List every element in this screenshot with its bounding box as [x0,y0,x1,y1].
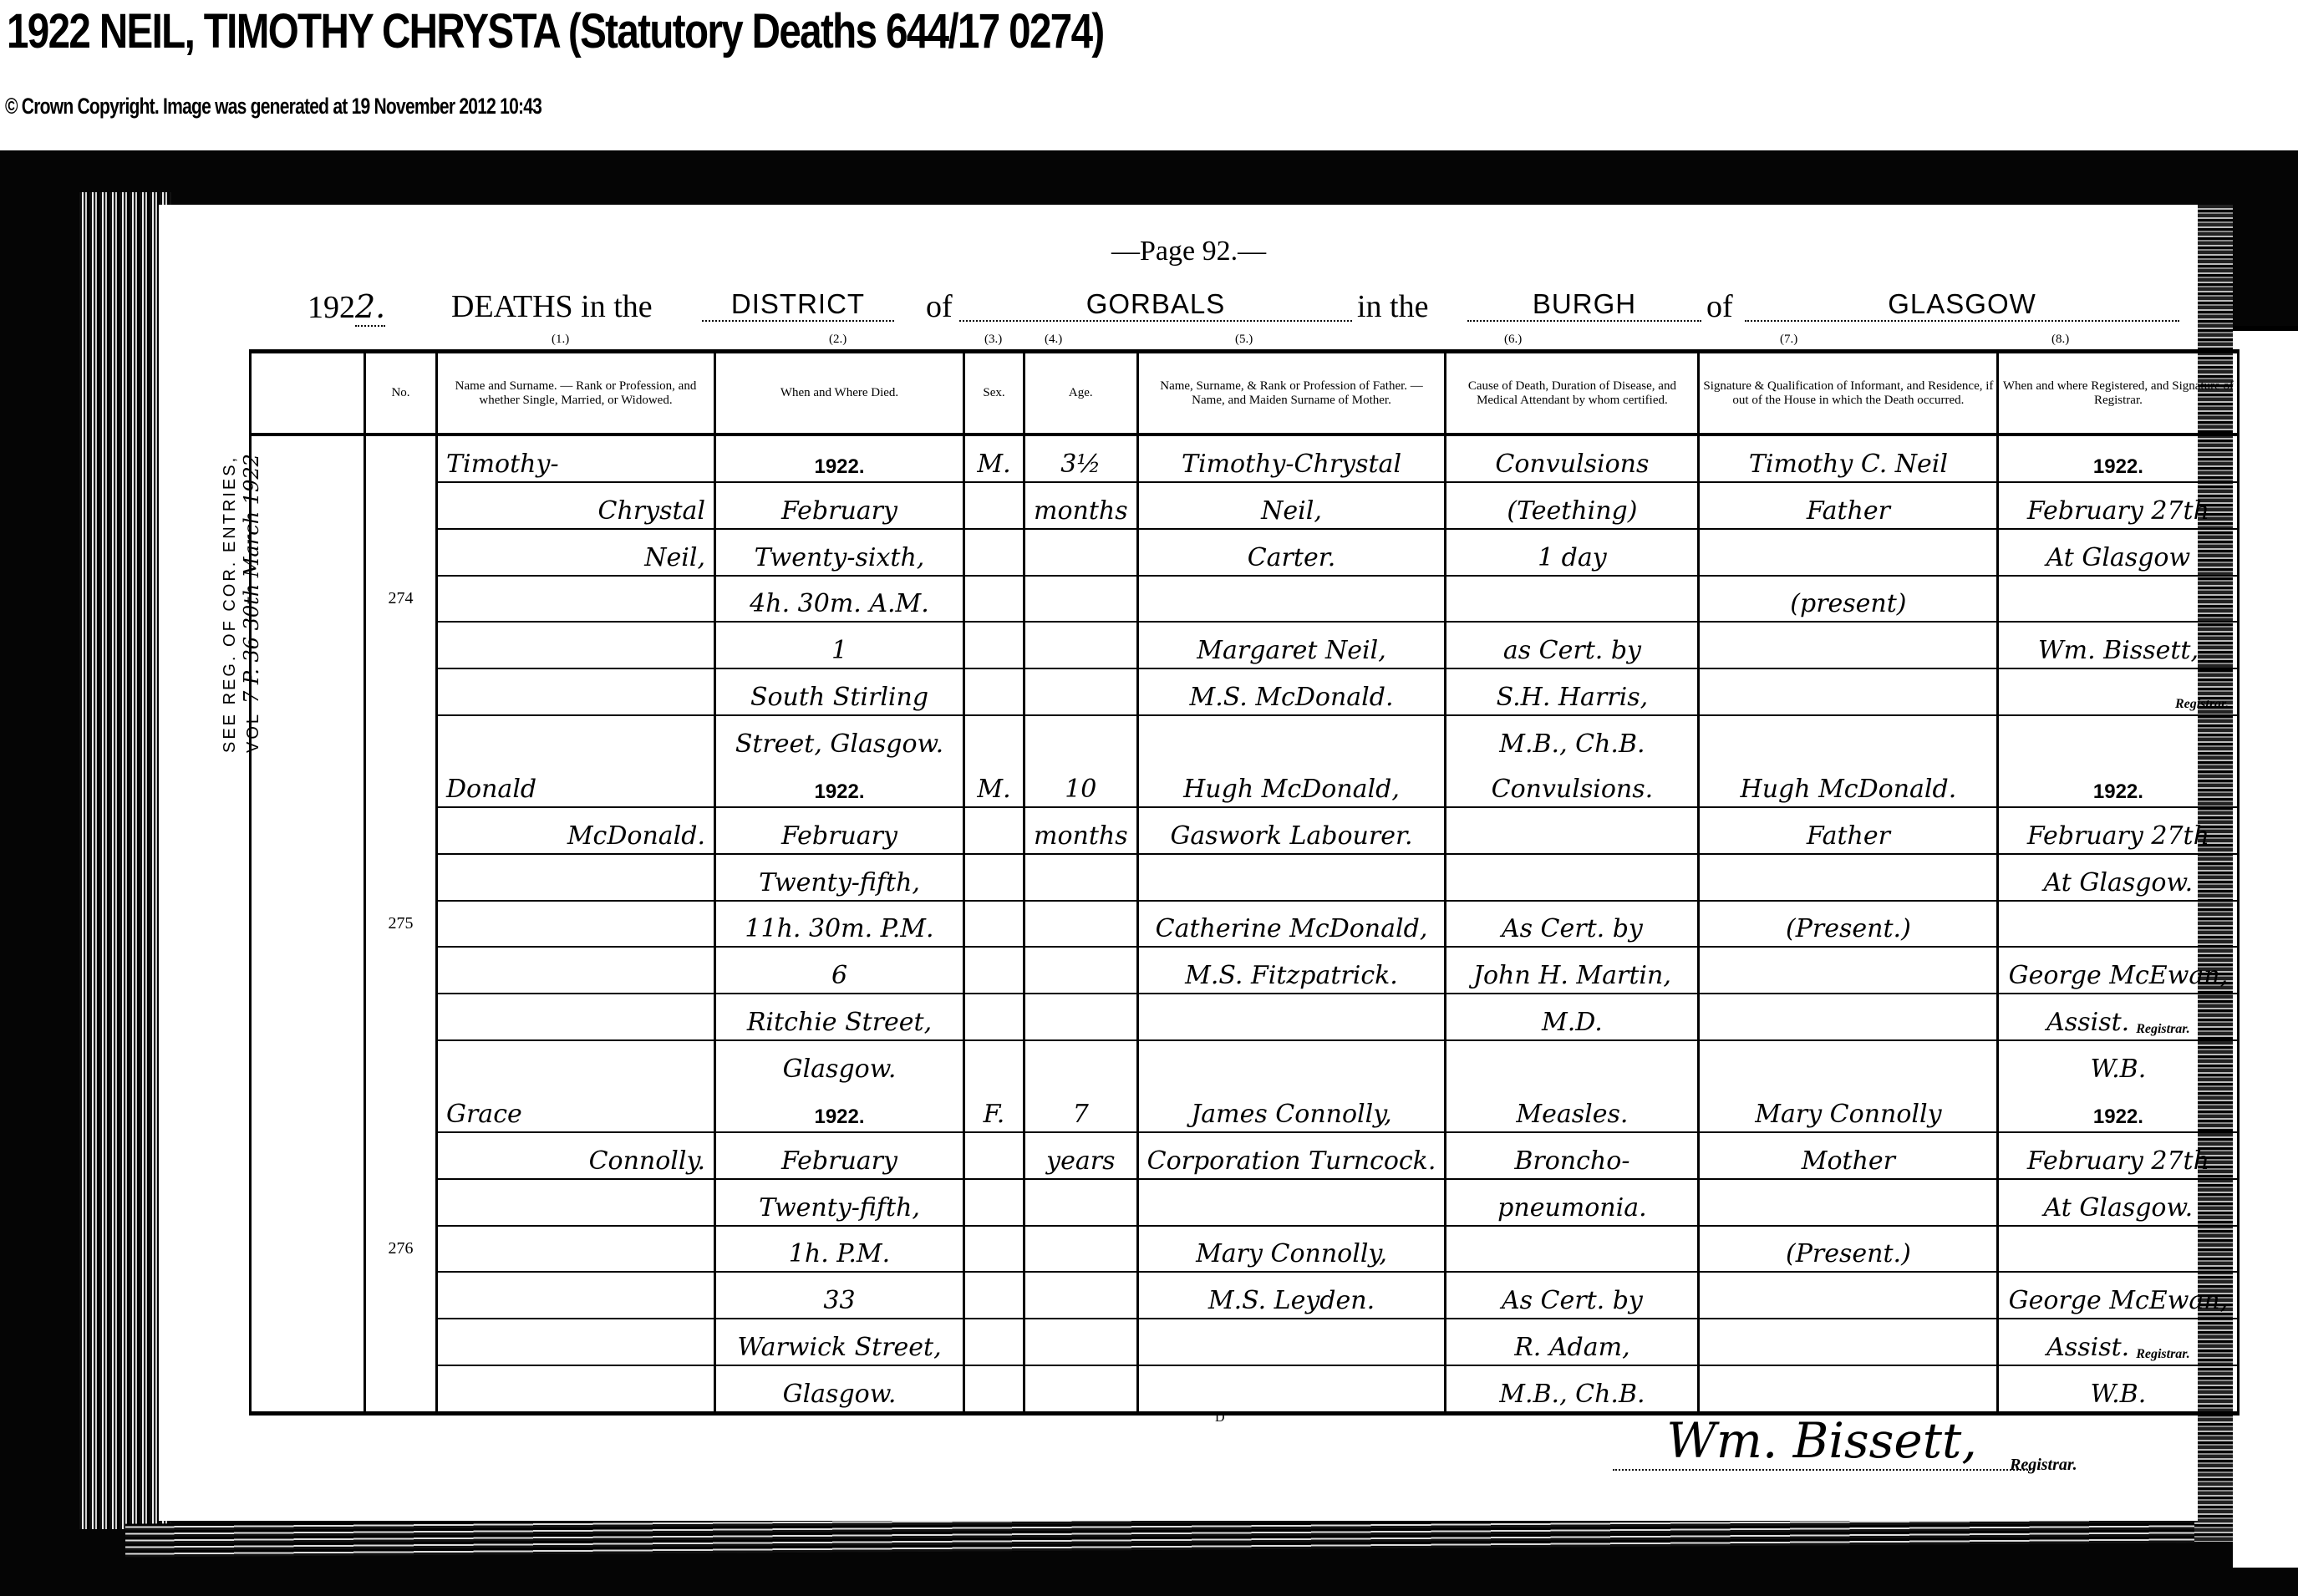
age-line [1025,716,1136,761]
deceased-name-line [438,1180,714,1227]
registration-line: February 27th [1999,483,2237,530]
parents-line [1139,1180,1445,1227]
informant-line [1700,948,1996,994]
sex-lines: M. [965,436,1023,761]
sex-line [965,994,1023,1041]
copyright-notice: © Crown Copyright. Image was generated a… [5,94,541,119]
column-number-1: (1.) [552,333,569,347]
year-prefix-text: 192 [308,290,355,325]
deceased-name-line: Chrystal [438,483,714,530]
sex-lines: M. [965,761,1023,1086]
cause-of-death-line [1446,808,1697,855]
column-number-7: (7.) [1780,333,1797,347]
cause-of-death-line: S.H. Harris, [1446,669,1697,716]
cause-of-death-line [1446,1041,1697,1086]
parents-line: Margaret Neil, [1139,623,1445,669]
when-where-died-line: 4h. 30m. A.M. [716,577,963,623]
informant-lines: Hugh McDonald.Father(Present.) [1700,761,1996,1086]
margin-cell [251,1086,365,1414]
informant-line: Mother [1700,1133,1996,1180]
margin-note-line2: VOL7 P. 36 30th March 1922 [240,435,263,753]
deceased-name-lines: GraceConnolly. [438,1086,714,1411]
parents-cell: Timothy-ChrystalNeil,Carter.Margaret Nei… [1137,435,1446,761]
parents-line: Catherine McDonald, [1139,902,1445,948]
sex-cell: M. [964,435,1024,761]
informant-lines: Mary ConnollyMother(Present.) [1700,1086,1996,1411]
entry-number: 274 [366,436,435,761]
cause-of-death-line [1446,855,1697,902]
sex-line [965,530,1023,577]
registration-cell: 1922.February 27thAt Glasgow.George McEw… [1998,761,2239,1086]
cause-of-death-line: as Cert. by [1446,623,1697,669]
death-register-table: No. Name and Surname. — Rank or Professi… [249,349,2240,1416]
cause-of-death-line: M.B., Ch.B. [1446,1366,1697,1411]
parents-line [1139,994,1445,1041]
deceased-name-line [438,1273,714,1319]
parents-line: Carter. [1139,530,1445,577]
informant-line: Father [1700,808,1996,855]
deceased-name-line [438,623,714,669]
column-number-2: (2.) [829,333,846,347]
sex-line [965,855,1023,902]
cause-of-death-line: R. Adam, [1446,1319,1697,1366]
age-line: months [1025,483,1136,530]
age-cell: 10months [1024,761,1138,1086]
header-when-where: When and Where Died. [715,352,964,435]
registration-line: February 27th [1999,1133,2237,1180]
when-where-died-line: 1922. [716,1086,963,1133]
header-parents: Name, Surname, & Rank or Profession of F… [1137,352,1446,435]
of-label-1: of [926,288,953,325]
informant-lines: Timothy C. NeilFather(present) [1700,436,1996,761]
when-where-died-line: 1h. P.M. [716,1227,963,1273]
registration-line: At Glasgow [1999,530,2237,577]
sex-line [965,1133,1023,1180]
informant-line [1700,994,1996,1041]
informant-line [1700,1366,1996,1411]
when-where-died-line: February [716,1133,963,1180]
deceased-name-line: Grace [438,1086,714,1133]
next-page-edge [2233,326,2298,1568]
age-cell: 3½months [1024,435,1138,761]
when-where-died-line: Ritchie Street, [716,994,963,1041]
cause-of-death-line: As Cert. by [1446,1273,1697,1319]
parents-line: Mary Connolly, [1139,1227,1445,1273]
when-where-died-line: Twenty-fifth, [716,1180,963,1227]
header-sex: Sex. [964,352,1024,435]
when-where-died-line: 1922. [716,761,963,808]
when-where-died-line: Street, Glasgow. [716,716,963,761]
sex-line [965,716,1023,761]
cause-of-death-line: Measles. [1446,1086,1697,1133]
sex-line [965,808,1023,855]
cause-of-death-line: M.D. [1446,994,1697,1041]
parents-line [1139,716,1445,761]
entry-number-cell: 276 [365,1086,437,1414]
column-number-4: (4.) [1045,333,1062,347]
deceased-name-cell: Timothy-ChrystalNeil, [437,435,715,761]
registrar-print-label: Registrar. [2136,1347,2189,1362]
division-type: DISTRICT [702,288,894,322]
deceased-name-line: Donald [438,761,714,808]
informant-line [1700,1319,1996,1366]
when-where-died-cell: 1922.FebruaryTwenty-fifth,1h. P.M.33Warw… [715,1086,964,1414]
of-label-2: of [1706,288,1733,325]
sex-line [965,1180,1023,1227]
parents-line: M.S. Leyden. [1139,1273,1445,1319]
header-registered: When and where Registered, and Signature… [1998,352,2239,435]
margin-note-vol: VOL [244,712,262,753]
deceased-name-lines: DonaldMcDonald. [438,761,714,1086]
registration-line: Registrar. [1999,669,2237,716]
parents-line: Gaswork Labourer. [1139,808,1445,855]
registration-lines: 1922.February 27thAt GlasgowWm. Bissett,… [1999,436,2237,761]
parents-line [1139,855,1445,902]
in-the-label: in the [1357,288,1428,325]
deceased-name-line [438,855,714,902]
margin-note-handwritten: 7 P. 36 30th March 1922 [240,454,263,704]
age-lines: 10months [1025,761,1136,1086]
entry-number-cell: 274 [365,435,437,761]
sex-line [965,623,1023,669]
parents-line [1139,1366,1445,1411]
sex-line [965,1227,1023,1273]
informant-line: Timothy C. Neil [1700,436,1996,483]
cause-of-death-lines: Measles.Broncho-pneumonia.As Cert. byR. … [1446,1086,1697,1411]
parents-cell: James Connolly,Corporation Turncock.Mary… [1137,1086,1446,1414]
parents-line: Corporation Turncock. [1139,1133,1445,1180]
informant-line [1700,1180,1996,1227]
registration-lines: 1922.February 27thAt Glasgow.George McEw… [1999,761,2237,1086]
entry-number: 276 [366,1086,435,1411]
registration-line: Assist.Registrar. [1999,1319,2237,1366]
when-where-died-line: February [716,483,963,530]
deceased-name-line [438,577,714,623]
registration-lines: 1922.February 27thAt Glasgow.George McEw… [1999,1086,2237,1411]
age-lines: 7years [1025,1086,1136,1411]
deceased-name-line [438,1041,714,1086]
parents-line [1139,1319,1445,1366]
age-line [1025,669,1136,716]
registration-line [1999,577,2237,623]
margin-cell [251,761,365,1086]
registration-line: At Glasgow. [1999,1180,2237,1227]
age-line [1025,855,1136,902]
age-line [1025,623,1136,669]
deceased-name-line: Timothy- [438,436,714,483]
cause-of-death-cell: Measles.Broncho-pneumonia.As Cert. byR. … [1446,1086,1699,1414]
sex-value: M. [965,761,1023,808]
informant-line [1700,530,1996,577]
cause-of-death-line: pneumonia. [1446,1180,1697,1227]
age-line [1025,1273,1136,1319]
registration-cell: 1922.February 27thAt GlasgowWm. Bissett,… [1998,435,2239,761]
informant-line: Hugh McDonald. [1700,761,1996,808]
age-line [1025,1319,1136,1366]
sex-value: F. [965,1086,1023,1133]
when-where-died-cell: 1922.FebruaryTwenty-sixth,4h. 30m. A.M.1… [715,435,964,761]
age-line: months [1025,808,1136,855]
age-line [1025,1041,1136,1086]
when-where-died-line: Warwick Street, [716,1319,963,1366]
area-name: GLASGOW [1745,288,2179,322]
margin-cell: SEE REG. OF COR. ENTRIES,VOL7 P. 36 30th… [251,435,365,761]
age-line [1025,1227,1136,1273]
header-age: Age. [1024,352,1138,435]
informant-line: (Present.) [1700,902,1996,948]
parents-line [1139,1041,1445,1086]
entry-number-cell: 275 [365,761,437,1086]
registrar-signature: Wm. Bissett, [1613,1412,2031,1471]
cause-of-death-line: 1 day [1446,530,1697,577]
deceased-name-line: McDonald. [438,808,714,855]
cause-of-death-line: Convulsions. [1446,761,1697,808]
registration-line: George McEwan, [1999,948,2237,994]
sex-cell: F. [964,1086,1024,1414]
deceased-name-cell: DonaldMcDonald. [437,761,715,1086]
registration-line: W.B. [1999,1041,2237,1086]
registration-cell: 1922.February 27thAt Glasgow.George McEw… [1998,1086,2239,1414]
area-type: BURGH [1467,288,1701,322]
deceased-name-line [438,1366,714,1411]
when-where-died-line: Glasgow. [716,1041,963,1086]
page-footer-mark: D [1215,1410,1225,1426]
deceased-name-line [438,669,714,716]
registration-line [1999,902,2237,948]
informant-line: Mary Connolly [1700,1086,1996,1133]
when-where-died-line: 33 [716,1273,963,1319]
informant-cell: Hugh McDonald.Father(Present.) [1699,761,1998,1086]
cause-of-death-line: M.B., Ch.B. [1446,716,1697,761]
parents-line: Neil, [1139,483,1445,530]
sex-line [965,577,1023,623]
age-line: years [1025,1133,1136,1180]
header-name: Name and Surname. — Rank or Profession, … [437,352,715,435]
margin-header [251,352,365,435]
informant-line: (Present.) [1700,1227,1996,1273]
parents-line: M.S. Fitzpatrick. [1139,948,1445,994]
when-where-died-lines: 1922.FebruaryTwenty-sixth,4h. 30m. A.M.1… [716,436,963,761]
year-prefix: 1922. [308,288,385,326]
parents-line: Hugh McDonald, [1139,761,1445,808]
registration-line: 1922. [1999,1086,2237,1133]
header-no: No. [365,352,437,435]
parents-line: M.S. McDonald. [1139,669,1445,716]
informant-cell: Mary ConnollyMother(Present.) [1699,1086,1998,1414]
register-heading: 1922. DEATHS in the DISTRICT of GORBALS … [308,288,2179,330]
when-where-died-line: Glasgow. [716,1366,963,1411]
page-stack-edge [79,192,171,1529]
age-line [1025,1180,1136,1227]
deceased-name-line [438,1319,714,1366]
registration-line: 1922. [1999,761,2237,808]
cause-of-death-lines: Convulsions(Teething)1 dayas Cert. byS.H… [1446,436,1697,761]
informant-line: (present) [1700,577,1996,623]
informant-line [1700,716,1996,761]
parents-line [1139,577,1445,623]
deaths-in-the-label: DEATHS in the [451,288,653,325]
when-where-died-lines: 1922.FebruaryTwenty-fifth,1h. P.M.33Warw… [716,1086,963,1411]
when-where-died-line: 1922. [716,436,963,483]
when-where-died-line: 1 [716,623,963,669]
cause-of-death-line: As Cert. by [1446,902,1697,948]
age-line [1025,1366,1136,1411]
sex-line [965,1366,1023,1411]
when-where-died-line: 6 [716,948,963,994]
cause-of-death-line: (Teething) [1446,483,1697,530]
column-number-5: (5.) [1235,333,1253,347]
registration-line [1999,716,2237,761]
when-where-died-line: Twenty-fifth, [716,855,963,902]
age-line [1025,577,1136,623]
record-title: 1922 NEIL, TIMOTHY CHRYSTA (Statutory De… [7,3,1104,59]
sex-line [965,669,1023,716]
age-line [1025,902,1136,948]
year-suffix: 2. [355,288,385,327]
parents-line: James Connolly, [1139,1086,1445,1133]
parents-cell: Hugh McDonald,Gaswork Labourer.Catherine… [1137,761,1446,1086]
column-number-6: (6.) [1504,333,1522,347]
informant-line [1700,669,1996,716]
cause-of-death-cell: Convulsions(Teething)1 dayas Cert. byS.H… [1446,435,1699,761]
table-row: 275DonaldMcDonald.1922.FebruaryTwenty-fi… [251,761,2239,1086]
when-where-died-line: South Stirling [716,669,963,716]
parents-lines: Timothy-ChrystalNeil,Carter.Margaret Nei… [1139,436,1445,761]
cause-of-death-line [1446,1227,1697,1273]
informant-line [1700,1041,1996,1086]
cause-of-death-line: Broncho- [1446,1133,1697,1180]
deceased-name-lines: Timothy-ChrystalNeil, [438,436,714,761]
deceased-name-line [438,948,714,994]
age-line [1025,948,1136,994]
header-cause: Cause of Death, Duration of Disease, and… [1446,352,1699,435]
informant-cell: Timothy C. NeilFather(present) [1699,435,1998,761]
registration-line: Wm. Bissett, [1999,623,2237,669]
cause-of-death-lines: Convulsions.As Cert. byJohn H. Martin,M.… [1446,761,1697,1086]
deceased-name-line [438,1227,714,1273]
entry-number: 275 [366,761,435,1086]
table-row: SEE REG. OF COR. ENTRIES,VOL7 P. 36 30th… [251,435,2239,761]
sex-line [965,1319,1023,1366]
sex-lines: F. [965,1086,1023,1411]
table-row: 276GraceConnolly.1922.FebruaryTwenty-fif… [251,1086,2239,1414]
registration-line: 1922. [1999,436,2237,483]
when-where-died-cell: 1922.FebruaryTwenty-fifth,11h. 30m. P.M.… [715,761,964,1086]
sex-line [965,483,1023,530]
registration-line [1999,1227,2237,1273]
corrections-margin-note: SEE REG. OF COR. ENTRIES,VOL7 P. 36 30th… [221,435,263,753]
registrar-label: Registrar. [2010,1456,2077,1475]
deceased-name-line [438,994,714,1041]
parents-lines: Hugh McDonald,Gaswork Labourer.Catherine… [1139,761,1445,1086]
column-number-8: (8.) [2051,333,2069,347]
deceased-name-line: Connolly. [438,1133,714,1180]
table-header-row: No. Name and Surname. — Rank or Professi… [251,352,2239,435]
cause-of-death-line [1446,577,1697,623]
division-name: GORBALS [959,288,1352,322]
when-where-died-lines: 1922.FebruaryTwenty-fifth,11h. 30m. P.M.… [716,761,963,1086]
deceased-name-cell: GraceConnolly. [437,1086,715,1414]
age-line: 7 [1025,1086,1136,1133]
registration-line: Assist.Registrar. [1999,994,2237,1041]
margin-note-print: SEE REG. OF COR. ENTRIES, [221,435,240,753]
when-where-died-line: Twenty-sixth, [716,530,963,577]
sex-cell: M. [964,761,1024,1086]
registrar-print-label: Registrar. [2136,1022,2189,1037]
cause-of-death-line: Convulsions [1446,436,1697,483]
age-line [1025,530,1136,577]
age-line: 10 [1025,761,1136,808]
column-number-3: (3.) [984,333,1002,347]
page-number: —Page 92.— [1111,236,1266,267]
cause-of-death-cell: Convulsions.As Cert. byJohn H. Martin,M.… [1446,761,1699,1086]
informant-line: Father [1700,483,1996,530]
parents-line: Timothy-Chrystal [1139,436,1445,483]
age-line [1025,994,1136,1041]
sex-value: M. [965,436,1023,483]
registration-line: W.B. [1999,1366,2237,1411]
deceased-name-line: Neil, [438,530,714,577]
informant-line [1700,855,1996,902]
when-where-died-line: 11h. 30m. P.M. [716,902,963,948]
sex-line [965,948,1023,994]
sex-line [965,1273,1023,1319]
sex-line [965,902,1023,948]
sex-line [965,1041,1023,1086]
registration-line: February 27th [1999,808,2237,855]
age-cell: 7years [1024,1086,1138,1414]
cause-of-death-line: John H. Martin, [1446,948,1697,994]
when-where-died-line: February [716,808,963,855]
registrar-print-label: Registrar. [2175,697,2229,712]
informant-line [1700,1273,1996,1319]
deceased-name-line [438,716,714,761]
age-lines: 3½months [1025,436,1136,761]
registration-line: George McEwan, [1999,1273,2237,1319]
header-informant: Signature & Qualification of Informant, … [1699,352,1998,435]
informant-line [1700,623,1996,669]
deceased-name-line [438,902,714,948]
parents-lines: James Connolly,Corporation Turncock.Mary… [1139,1086,1445,1411]
registration-line: At Glasgow. [1999,855,2237,902]
age-line: 3½ [1025,436,1136,483]
